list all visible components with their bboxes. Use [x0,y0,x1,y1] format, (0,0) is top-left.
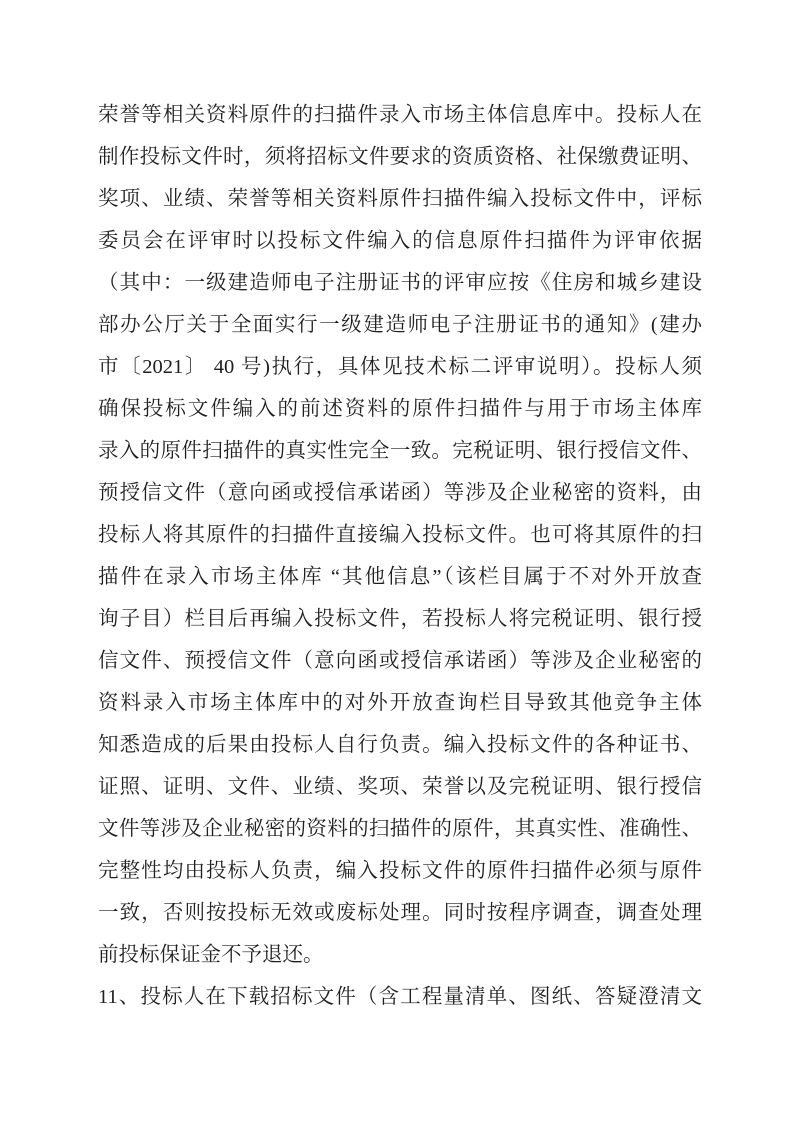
text-line: 描件在录入市场主体库 “其他信息”（该栏目属于不对外开放查 [98,556,702,598]
text-line: 奖项、业绩、荣誉等相关资料原件扫描件编入投标文件中，评标 [98,178,702,220]
text-line: （其中：一级建造师电子注册证书的评审应按《住房和城乡建设 [98,262,702,304]
text-line: 确保投标文件编入的前述资料的原件扫描件与用于市场主体库 [98,388,702,430]
text-line: 录入的原件扫描件的真实性完全一致。完税证明、银行授信文件、 [98,430,702,472]
text-line: 询子目）栏目后再编入投标文件，若投标人将完税证明、银行授 [98,598,702,640]
paragraph-block: 荣誉等相关资料原件的扫描件录入市场主体信息库中。投标人在 制作投标文件时，须将招… [98,94,702,1018]
text-line: 文件等涉及企业秘密的资料的扫描件的原件，其真实性、准确性、 [98,808,702,850]
text-line: 证照、证明、文件、业绩、奖项、荣誉以及完税证明、银行授信 [98,766,702,808]
text-line: 完整性均由投标人负责，编入投标文件的原件扫描件必须与原件 [98,850,702,892]
text-line: 一致，否则按投标无效或废标处理。同时按程序调查，调查处理 [98,892,702,934]
text-line: 投标人将其原件的扫描件直接编入投标文件。也可将其原件的扫 [98,514,702,556]
text-line: 市〔2021〕 40 号)执行，具体见技术标二评审说明）。投标人须 [98,346,702,388]
text-line: 制作投标文件时，须将招标文件要求的资质资格、社保缴费证明、 [98,136,702,178]
text-line: 荣誉等相关资料原件的扫描件录入市场主体信息库中。投标人在 [98,94,702,136]
text-line: 资料录入市场主体库中的对外开放查询栏目导致其他竞争主体 [98,682,702,724]
text-line: 信文件、预授信文件（意向函或授信承诺函）等涉及企业秘密的 [98,640,702,682]
text-line: 预授信文件（意向函或授信承诺函）等涉及企业秘密的资料，由 [98,472,702,514]
text-line: 前投标保证金不予退还。 [98,934,702,976]
text-line: 部办公厅关于全面实行一级建造师电子注册证书的通知》(建办 [98,304,702,346]
document-page: 荣誉等相关资料原件的扫描件录入市场主体信息库中。投标人在 制作投标文件时，须将招… [0,0,794,1122]
text-line: 11、投标人在下载招标文件（含工程量清单、图纸、答疑澄清文 [98,976,702,1018]
text-line: 知悉造成的后果由投标人自行负责。编入投标文件的各种证书、 [98,724,702,766]
text-line: 委员会在评审时以投标文件编入的信息原件扫描件为评审依据 [98,220,702,262]
